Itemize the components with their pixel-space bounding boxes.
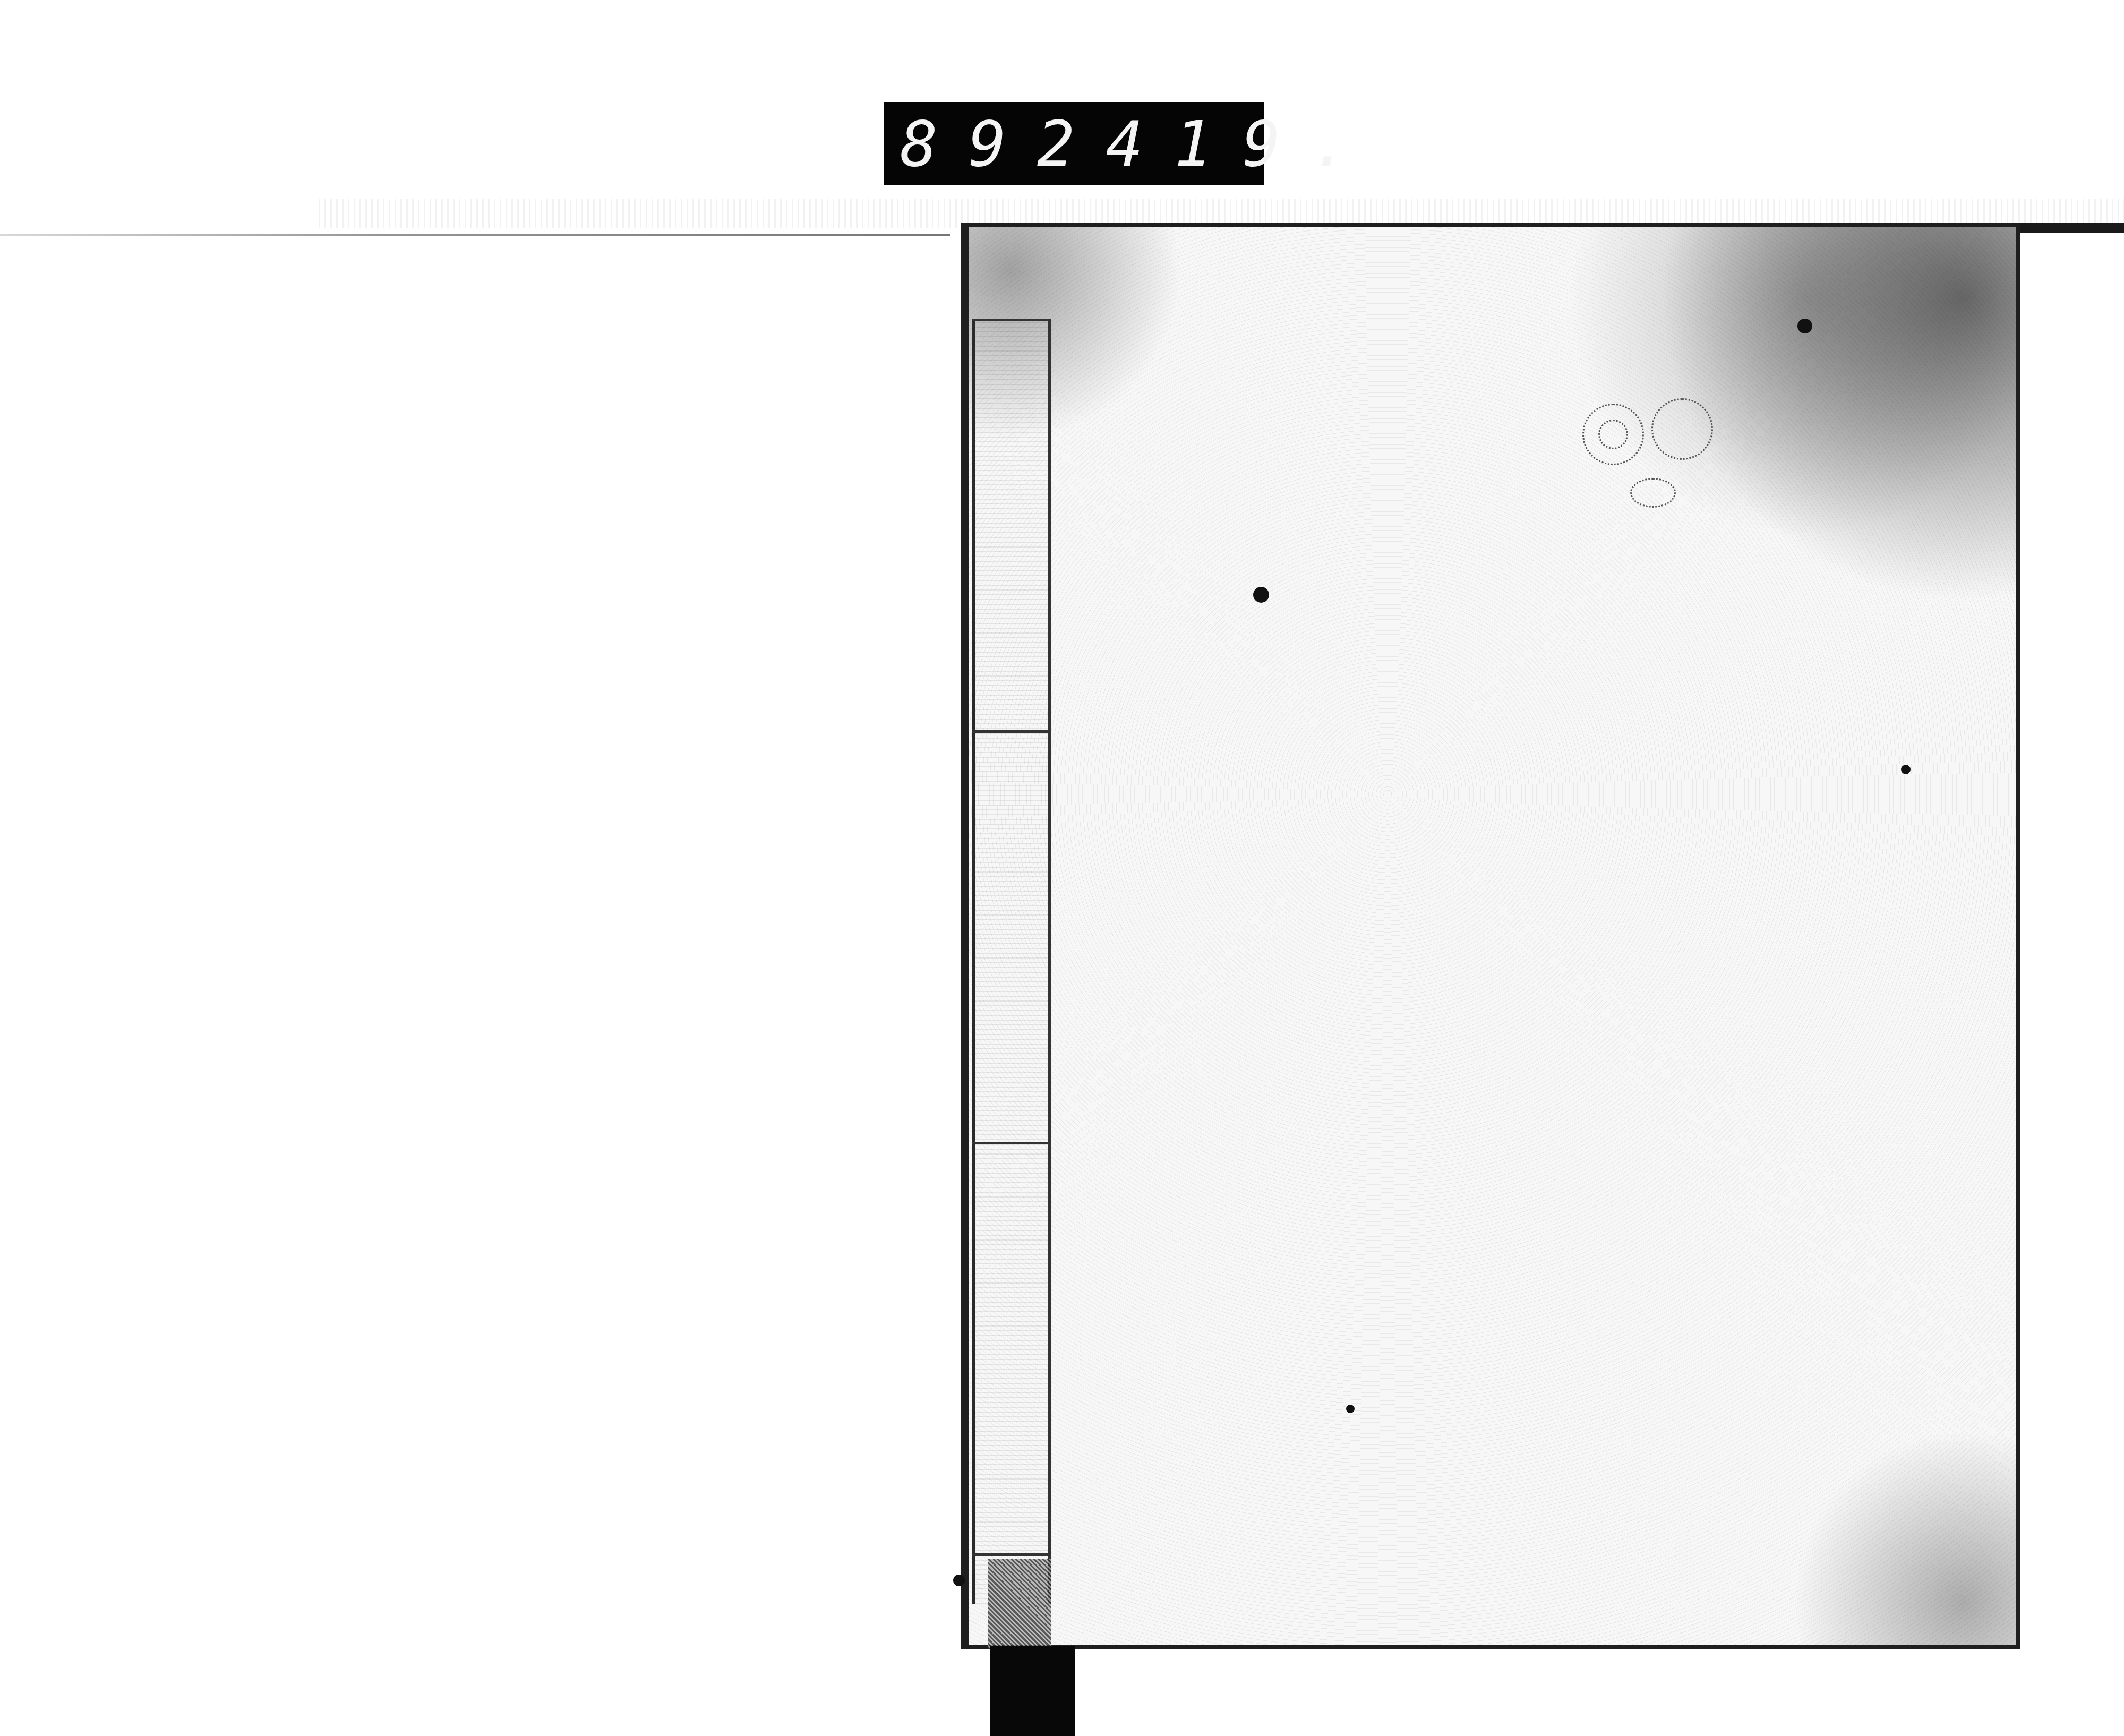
stain: [1346, 1405, 1355, 1413]
book-cover: [961, 223, 2020, 1649]
book-spine-binding: [972, 319, 1051, 1604]
scan-edge-line-right: [2010, 223, 2124, 233]
spine-wear: [988, 1559, 1051, 1649]
binding-stitch: [972, 1553, 1051, 1556]
call-number-part-1: 892: [900, 113, 1106, 175]
call-number-label: 892 419.: [884, 102, 1264, 185]
scan-edge-line: [0, 234, 950, 236]
binding-stitch: [972, 1142, 1051, 1144]
stain: [1797, 319, 1812, 333]
binding-stitch: [972, 319, 1051, 321]
stain: [953, 1575, 965, 1586]
stain: [1253, 587, 1269, 603]
stain: [1901, 765, 1911, 774]
binding-stitch: [972, 730, 1051, 733]
embossed-scroll-ornament-icon: [1572, 388, 1731, 526]
call-number-part-2: 419.: [1106, 113, 1380, 175]
spine-cap: [990, 1646, 1075, 1736]
